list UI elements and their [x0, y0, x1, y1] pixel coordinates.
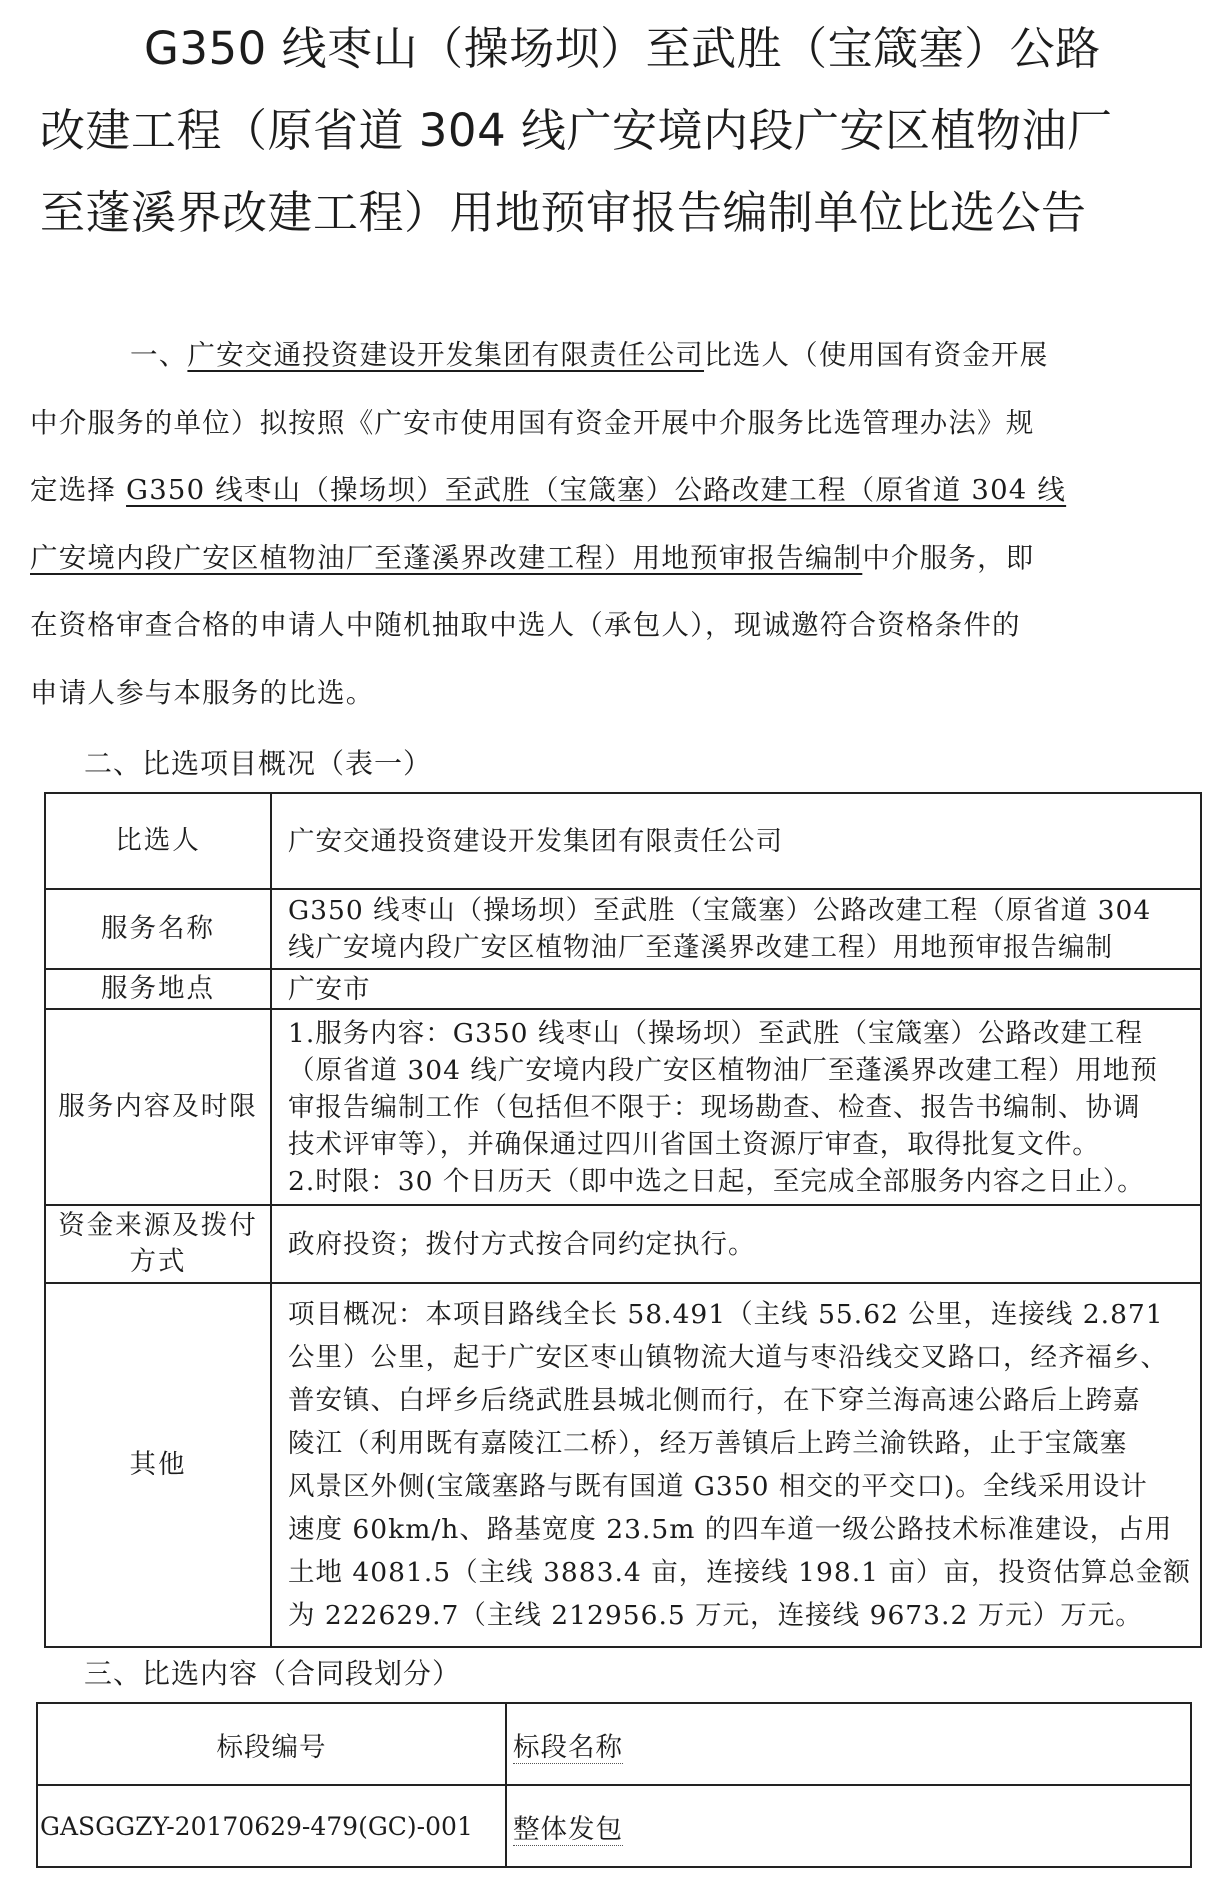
document-title: G350 线枣山（操场坝）至武胜（宝箴塞）公路 改建工程（原省道 304 线广安…: [40, 8, 1190, 254]
table-row: 服务地点 广安市: [45, 969, 1201, 1009]
row-value: 1.服务内容：G350 线枣山（操场坝）至武胜（宝箴塞）公路改建工程 （原省道 …: [271, 1009, 1201, 1205]
table-row: GASGGZY-20170629-479(GC)-001 整体发包: [37, 1785, 1191, 1867]
row-label: 比选人: [45, 793, 271, 889]
section-1-paragraph: 一、广安交通投资建设开发集团有限责任公司比选人（使用国有资金开展 中介服务的单位…: [30, 322, 1190, 727]
underlined-company-name: 广安交通投资建设开发集团有限责任公司: [187, 339, 704, 371]
title-line-3: 至蓬溪界改建工程）用地预审报告编制单位比选公告: [40, 172, 1190, 254]
underlined-project-name: G350 线枣山（操场坝）至武胜（宝箴塞）公路改建工程（原省道 304 线: [126, 474, 1066, 506]
paragraph-line: 申请人参与本服务的比选。: [30, 660, 1190, 728]
paragraph-line: 中介服务的单位）拟按照《广安市使用国有资金开展中介服务比选管理办法》规: [30, 390, 1190, 458]
section-3-heading: 三、比选内容（合同段划分）: [84, 1652, 461, 1692]
section-name-cell: 整体发包: [506, 1785, 1191, 1867]
project-overview-table: 比选人 广安交通投资建设开发集团有限责任公司 服务名称 G350 线枣山（操场坝…: [44, 792, 1202, 1648]
column-header-section-number: 标段编号: [37, 1703, 506, 1785]
row-label: 服务地点: [45, 969, 271, 1009]
table-row: 比选人 广安交通投资建设开发集团有限责任公司: [45, 793, 1201, 889]
paragraph-line: 一、广安交通投资建设开发集团有限责任公司比选人（使用国有资金开展: [30, 322, 1190, 390]
row-label: 其他: [45, 1283, 271, 1647]
table-row: 服务名称 G350 线枣山（操场坝）至武胜（宝箴塞）公路改建工程（原省道 304…: [45, 889, 1201, 969]
paragraph-line: 在资格审查合格的申请人中随机抽取中选人（承包人），现诚邀符合资格条件的: [30, 592, 1190, 660]
title-line-1: G350 线枣山（操场坝）至武胜（宝箴塞）公路: [40, 8, 1190, 90]
contract-sections-table: 标段编号 标段名称 GASGGZY-20170629-479(GC)-001 整…: [36, 1702, 1192, 1868]
row-label: 服务内容及时限: [45, 1009, 271, 1205]
row-value: 项目概况：本项目路线全长 58.491（主线 55.62 公里，连接线 2.87…: [271, 1283, 1201, 1647]
title-line-2: 改建工程（原省道 304 线广安境内段广安区植物油厂: [40, 90, 1190, 172]
row-value: 政府投资；拨付方式按合同约定执行。: [271, 1205, 1201, 1283]
row-value: G350 线枣山（操场坝）至武胜（宝箴塞）公路改建工程（原省道 304 线广安境…: [271, 889, 1201, 969]
row-value: 广安市: [271, 969, 1201, 1009]
row-label: 服务名称: [45, 889, 271, 969]
paragraph-line: 广安境内段广安区植物油厂至蓬溪界改建工程）用地预审报告编制中介服务，即: [30, 525, 1190, 593]
row-label: 资金来源及拨付 方式: [45, 1205, 271, 1283]
table-header-row: 标段编号 标段名称: [37, 1703, 1191, 1785]
section-number-cell: GASGGZY-20170629-479(GC)-001: [37, 1785, 506, 1867]
paragraph-line: 定选择 G350 线枣山（操场坝）至武胜（宝箴塞）公路改建工程（原省道 304 …: [30, 457, 1190, 525]
section-2-heading: 二、比选项目概况（表一）: [84, 742, 432, 782]
column-header-section-name: 标段名称: [506, 1703, 1191, 1785]
underlined-project-name-cont: 广安境内段广安区植物油厂至蓬溪界改建工程）用地预审报告编制: [30, 542, 862, 574]
table-row: 资金来源及拨付 方式 政府投资；拨付方式按合同约定执行。: [45, 1205, 1201, 1283]
table-row: 其他 项目概况：本项目路线全长 58.491（主线 55.62 公里，连接线 2…: [45, 1283, 1201, 1647]
table-row: 服务内容及时限 1.服务内容：G350 线枣山（操场坝）至武胜（宝箴塞）公路改建…: [45, 1009, 1201, 1205]
row-value: 广安交通投资建设开发集团有限责任公司: [271, 793, 1201, 889]
